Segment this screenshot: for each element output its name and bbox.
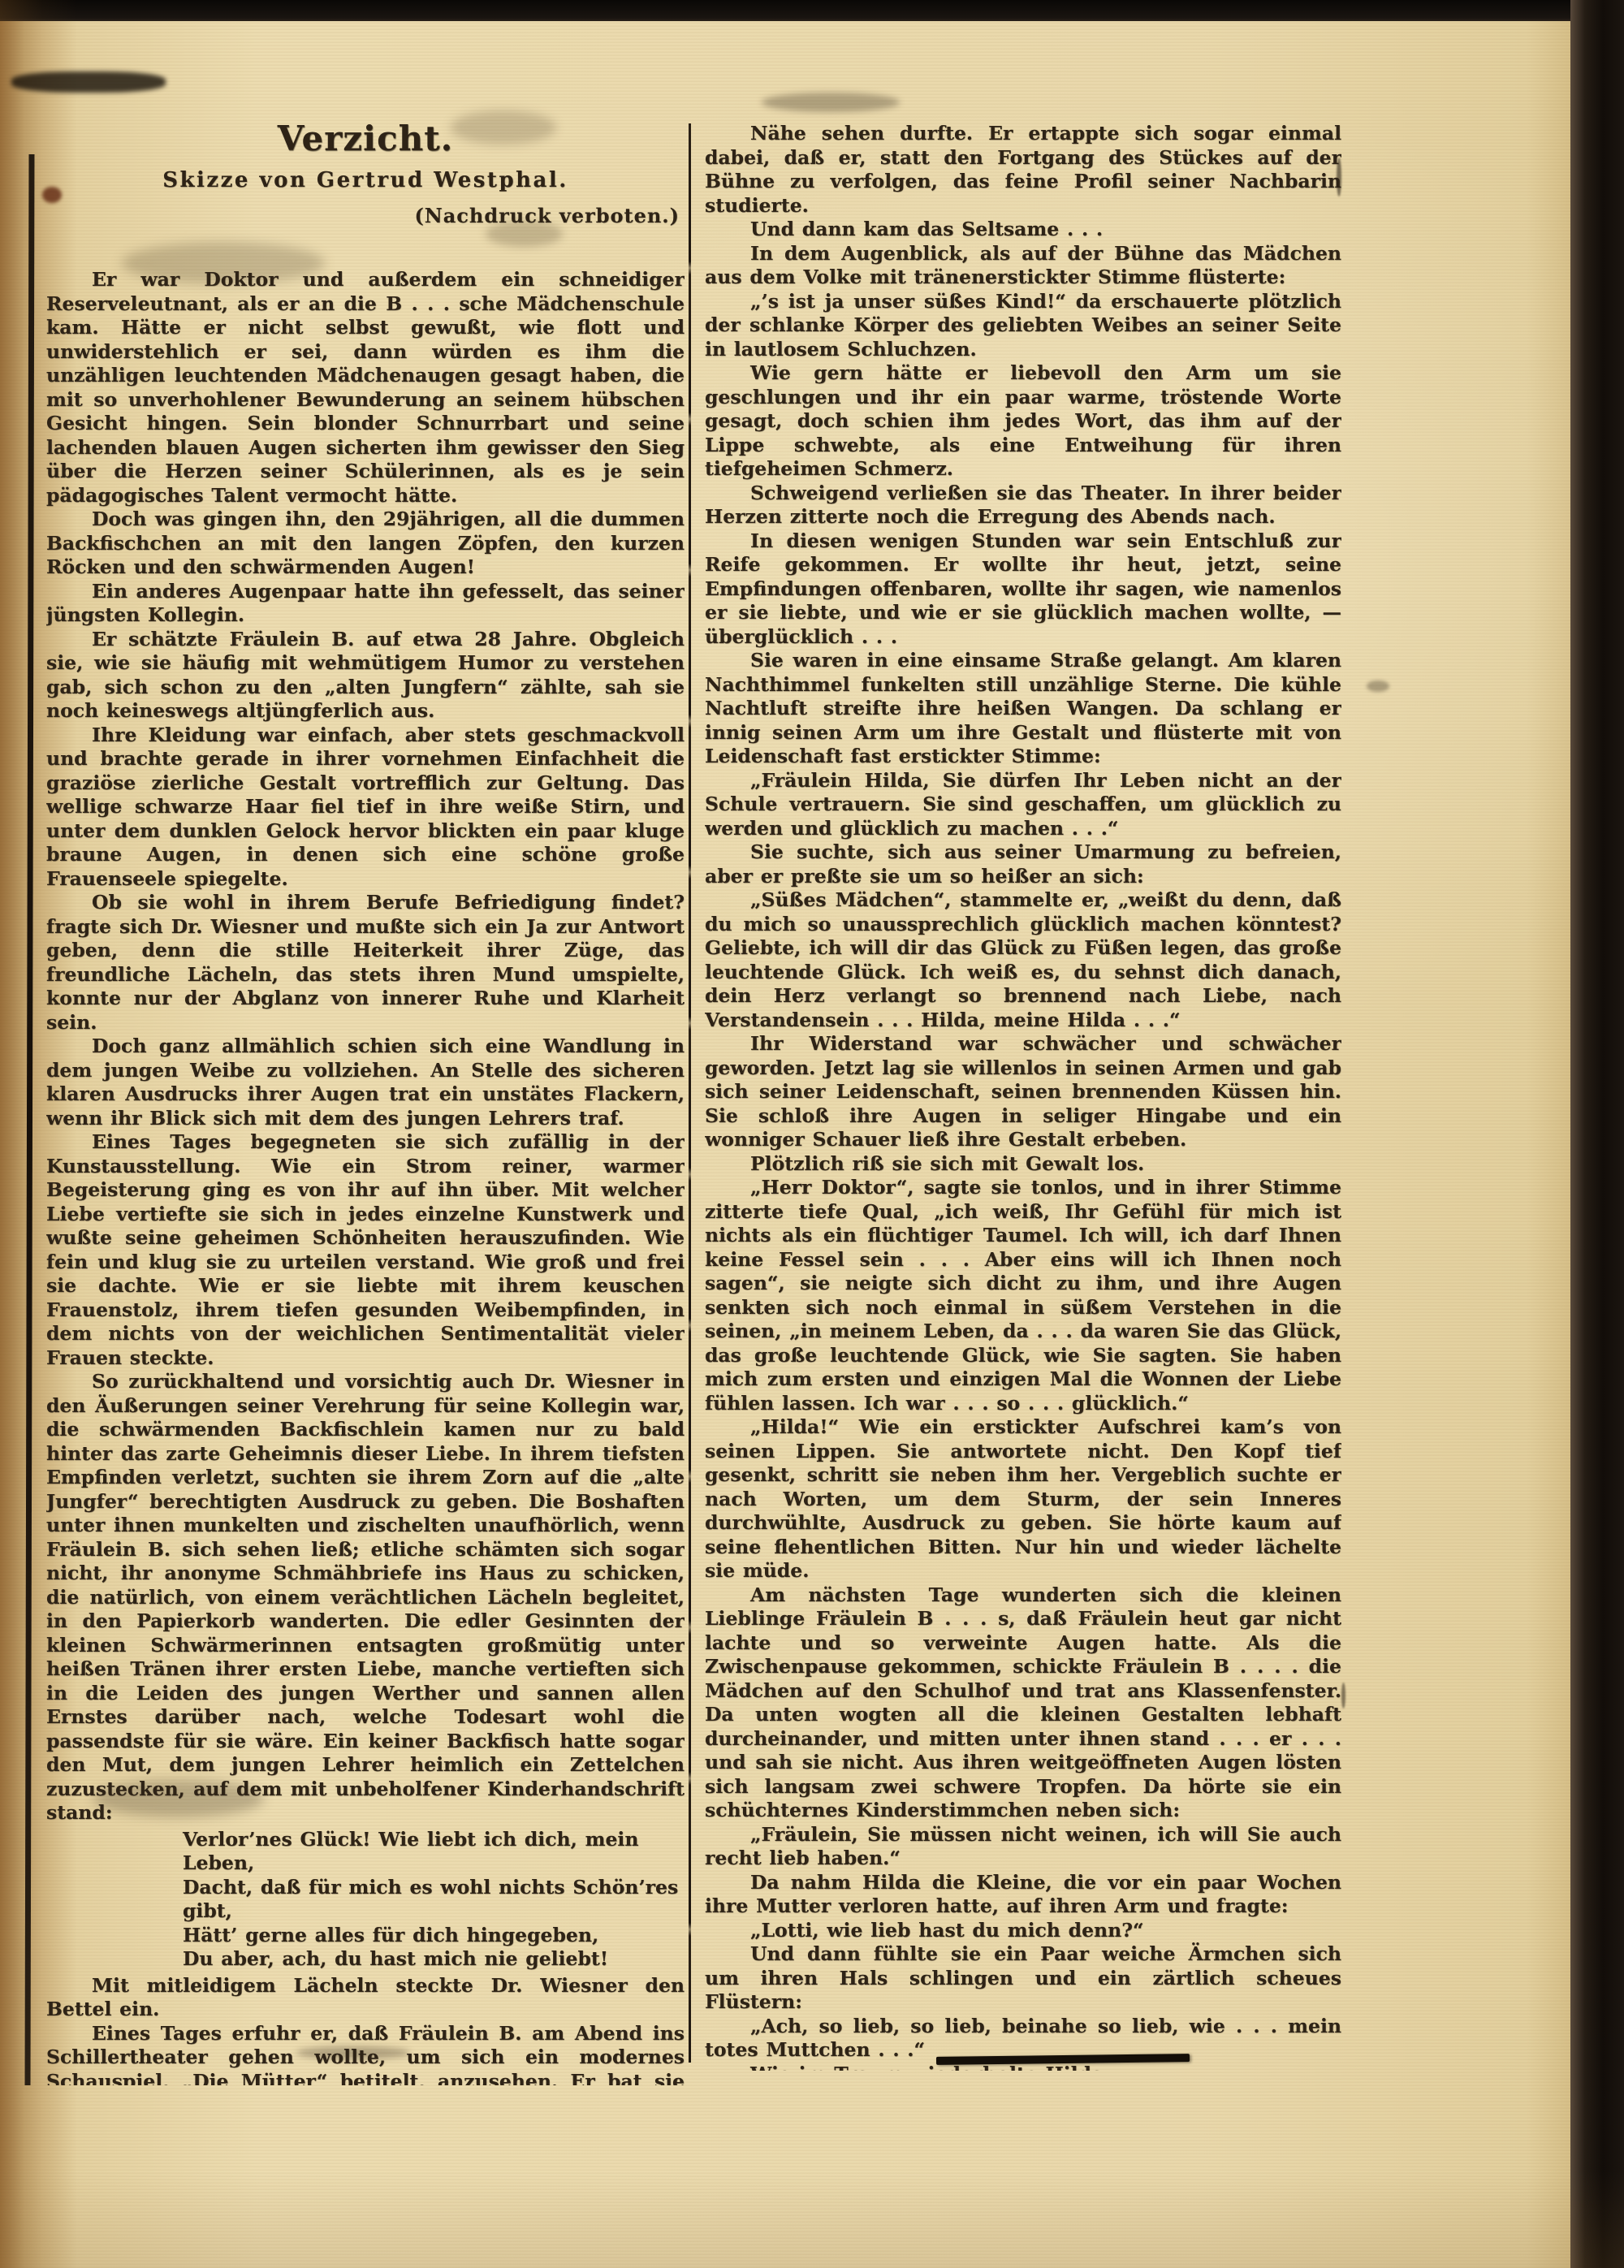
poem-line: Verlor’nes Glück! Wie liebt ich dich, me… bbox=[183, 1828, 685, 1876]
paragraph: Wie gern hätte er liebevoll den Arm um s… bbox=[705, 361, 1341, 482]
paragraph: Doch was gingen ihn, den 29jährigen, all… bbox=[46, 508, 685, 580]
paper-bottom-shadow bbox=[0, 2171, 1624, 2268]
ink-smudge bbox=[1341, 1683, 1345, 1709]
paragraph: Ob sie wohl in ihrem Berufe Befriedigung… bbox=[46, 891, 685, 1035]
paragraph: Eines Tages erfuhr er, daß Fräulein B. a… bbox=[46, 2022, 685, 2086]
paragraph: In dem Augenblick, als auf der Bühne das… bbox=[705, 242, 1341, 290]
scanned-newspaper-page: Verzicht. Skizze von Gertrud Westphal. (… bbox=[0, 0, 1624, 2268]
paragraph: Sie waren in eine einsame Straße gelangt… bbox=[705, 649, 1341, 769]
paragraph: Ihre Kleidung war einfach, aber stets ge… bbox=[46, 724, 685, 892]
paragraph: Ein anderes Augenpaar hatte ihn gefessel… bbox=[46, 580, 685, 628]
poem-line: Du aber, ach, du hast mich nie geliebt! bbox=[183, 1947, 685, 1972]
paragraph: Verlor’nes Glück! Wie liebt ich dich, me… bbox=[183, 1828, 685, 1972]
paragraph: Sie suchte, sich aus seiner Umarmung zu … bbox=[705, 840, 1341, 888]
paragraph: Und dann fühlte sie ein Paar weiche Ärmc… bbox=[705, 1942, 1341, 2015]
article-header: Verzicht. Skizze von Gertrud Westphal. (… bbox=[46, 119, 685, 227]
paragraph: „Lotti, wie lieb hast du mich denn?“ bbox=[705, 1919, 1341, 1943]
scan-right-edge bbox=[1570, 0, 1624, 2268]
left-text-column: Er war Doktor und außerdem ein schneidig… bbox=[46, 268, 685, 2085]
paragraph: „Fräulein, Sie müssen nicht weinen, ich … bbox=[705, 1823, 1341, 1871]
paragraph: Mit mitleidigem Lächeln steckte Dr. Wies… bbox=[46, 1974, 685, 2022]
ink-smudge bbox=[1367, 680, 1389, 692]
paragraph: „Süßes Mädchen“, stammelte er, „weißt du… bbox=[705, 888, 1341, 1032]
paragraph: „’s ist ja unser süßes Kind!“ da erschau… bbox=[705, 290, 1341, 362]
paragraph: Am nächsten Tage wunderten sich die klei… bbox=[705, 1583, 1341, 1823]
article-byline: Skizze von Gertrud Westphal. bbox=[46, 168, 685, 192]
ink-smudge bbox=[762, 93, 900, 112]
paragraph: Und dann kam das Seltsame . . . bbox=[705, 218, 1341, 242]
paragraph: Er schätzte Fräulein B. auf etwa 28 Jahr… bbox=[46, 628, 685, 724]
poem-line: Dacht, daß für mich es wohl nichts Schön… bbox=[183, 1876, 685, 1924]
paragraph: Eines Tages begegneten sie sich zufällig… bbox=[46, 1130, 685, 1370]
paragraph: So zurückhaltend und vorsichtig auch Dr.… bbox=[46, 1370, 685, 1825]
paragraph: Da nahm Hilda die Kleine, die vor ein pa… bbox=[705, 1871, 1341, 1919]
article-title: Verzicht. bbox=[46, 119, 685, 158]
paragraph: Schweigend verließen sie das Theater. In… bbox=[705, 482, 1341, 529]
paragraph: Doch ganz allmählich schien sich eine Wa… bbox=[46, 1035, 685, 1130]
right-text-column: Nähe sehen durfte. Er ertappte sich soga… bbox=[705, 122, 1341, 2071]
paragraph: Plötzlich riß sie sich mit Gewalt los. bbox=[705, 1152, 1341, 1177]
paragraph: In diesen wenigen Stunden war sein Entsc… bbox=[705, 529, 1341, 650]
paragraph: „Herr Doktor“, sagte sie tonlos, und in … bbox=[705, 1176, 1341, 1415]
scan-top-edge bbox=[0, 0, 1624, 21]
poem-line: Hätt’ gerne alles für dich hingegeben, bbox=[183, 1924, 685, 1948]
paragraph: Er war Doktor und außerdem ein schneidig… bbox=[46, 268, 685, 508]
reprint-notice: (Nachdruck verboten.) bbox=[46, 204, 685, 227]
paragraph: Nähe sehen durfte. Er ertappte sich soga… bbox=[705, 122, 1341, 218]
column-divider-rule bbox=[689, 123, 691, 2063]
paragraph: „Hilda!“ Wie ein erstickter Aufschrei ka… bbox=[705, 1415, 1341, 1583]
paragraph: Ihr Widerstand war schwächer und schwäch… bbox=[705, 1032, 1341, 1152]
paragraph: „Fräulein Hilda, Sie dürfen Ihr Leben ni… bbox=[705, 769, 1341, 841]
